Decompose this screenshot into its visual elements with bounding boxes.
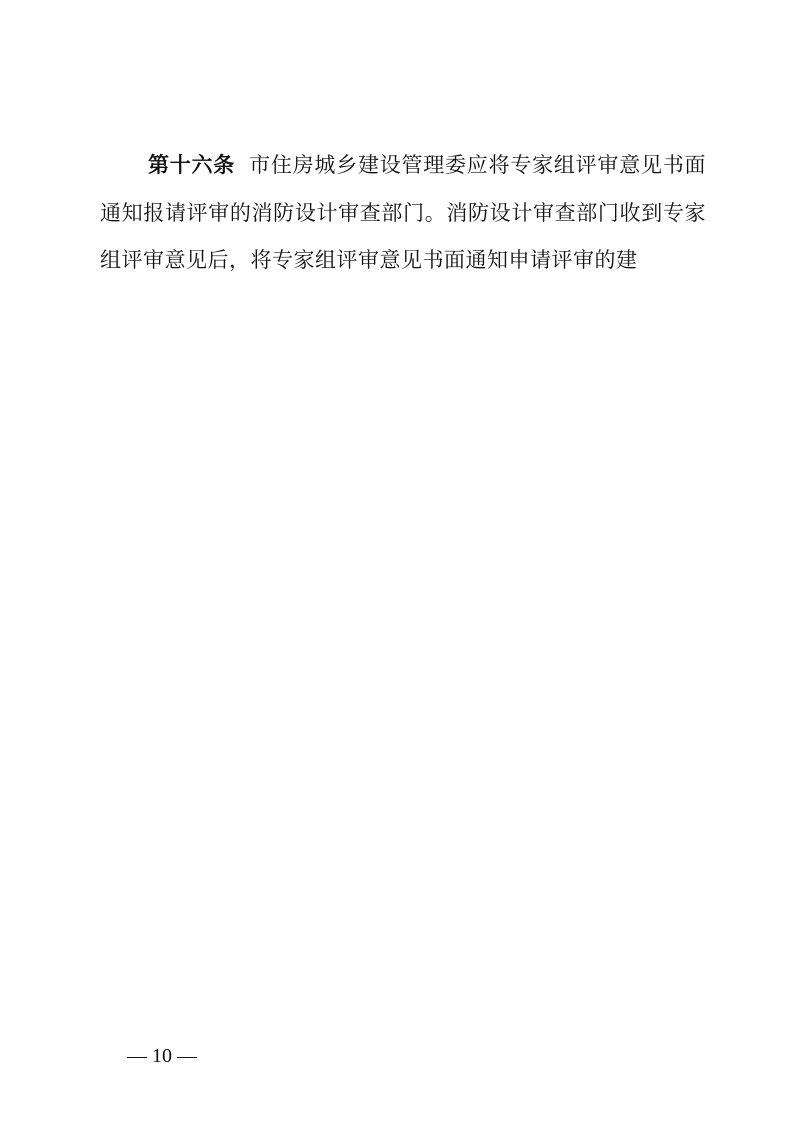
article-paragraph: 第十六条市住房城乡建设管理委应将专家组评审意见书面 通知报请评审的消防设计审查部… — [100, 142, 706, 285]
clause-number-heading: 第十六条 — [148, 153, 235, 177]
page-number: — 10 — — [127, 1046, 197, 1066]
paragraph-line-2: 通知报请评审的消防设计审查部门。消防设计审查部门收到专家 — [100, 190, 706, 238]
document-page: 第十六条市住房城乡建设管理委应将专家组评审意见书面 通知报请评审的消防设计审查部… — [0, 0, 793, 1122]
paragraph-line-1: 第十六条市住房城乡建设管理委应将专家组评审意见书面 — [100, 142, 706, 190]
paragraph-line-1-text: 市住房城乡建设管理委应将专家组评审意见书面 — [249, 153, 706, 177]
paragraph-line-3: 组评审意见后，将专家组评审意见书面通知申请评审的建 — [100, 237, 706, 285]
